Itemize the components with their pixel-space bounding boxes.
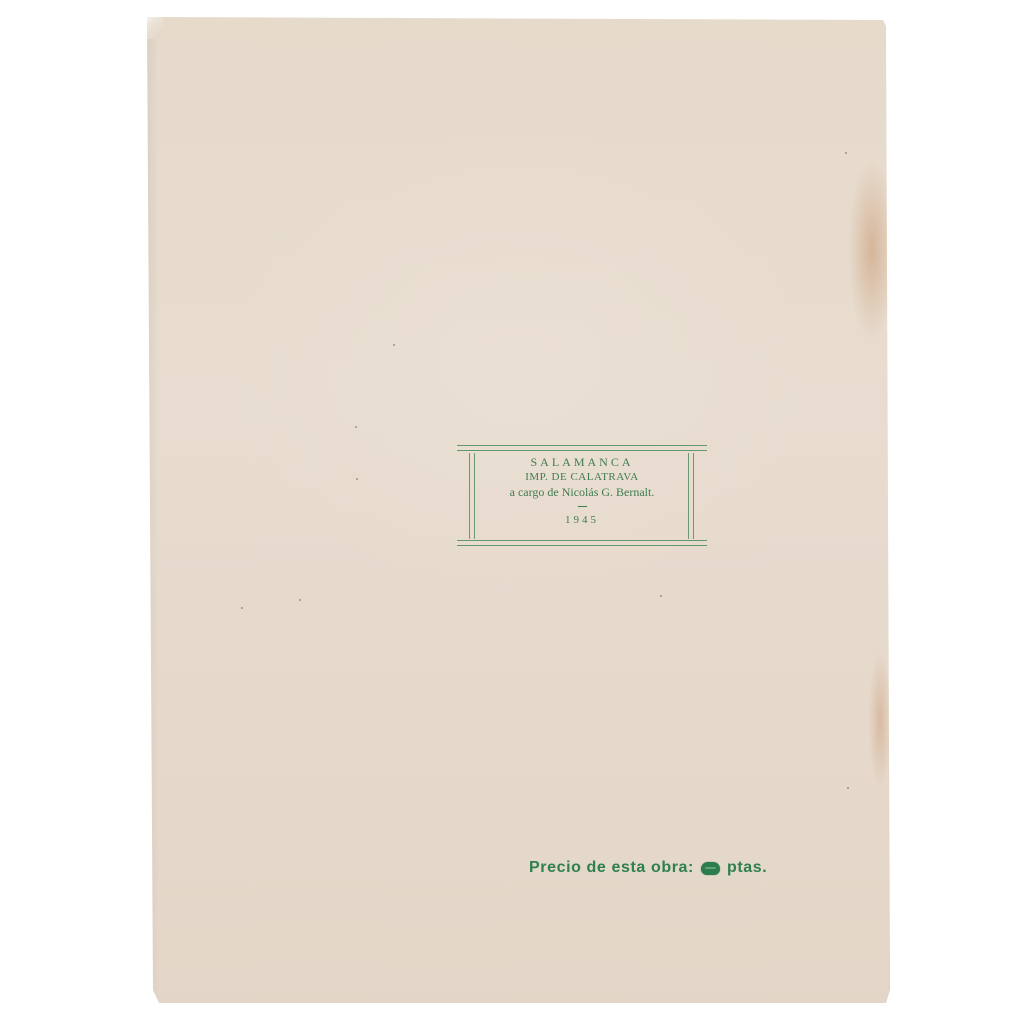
printer-imprint-box: SALAMANCA IMP. DE CALATRAVA a cargo de N…	[457, 443, 707, 547]
paper-speck	[393, 344, 395, 346]
price-unit: ptas.	[727, 859, 767, 877]
paper-speck	[847, 787, 849, 789]
paper-speck	[355, 426, 357, 428]
imprint-manager: a cargo de Nicolás G. Bernalt.	[457, 485, 707, 500]
imprint-text: SALAMANCA IMP. DE CALATRAVA a cargo de N…	[457, 455, 707, 528]
frame-top-inner-line	[457, 450, 707, 451]
paper-speck	[241, 607, 243, 609]
paper-speck	[660, 595, 662, 597]
paper-speck	[845, 152, 847, 154]
imprint-year: 1945	[457, 513, 707, 528]
price-label: Precio de esta obra:	[529, 859, 694, 877]
frame-top-outer-line	[457, 445, 707, 446]
price-line: Precio de esta obra: ptas.	[529, 859, 767, 877]
frame-bottom-inner-line	[457, 540, 707, 541]
paper-speck	[356, 478, 358, 480]
imprint-separator	[578, 506, 587, 507]
paper-speck	[299, 599, 301, 601]
imprint-city: SALAMANCA	[457, 455, 707, 470]
imprint-printer: IMP. DE CALATRAVA	[457, 470, 707, 485]
frame-bottom-outer-line	[457, 545, 707, 546]
scene: SALAMANCA IMP. DE CALATRAVA a cargo de N…	[0, 0, 1024, 1024]
ink-blot-icon	[701, 862, 720, 875]
